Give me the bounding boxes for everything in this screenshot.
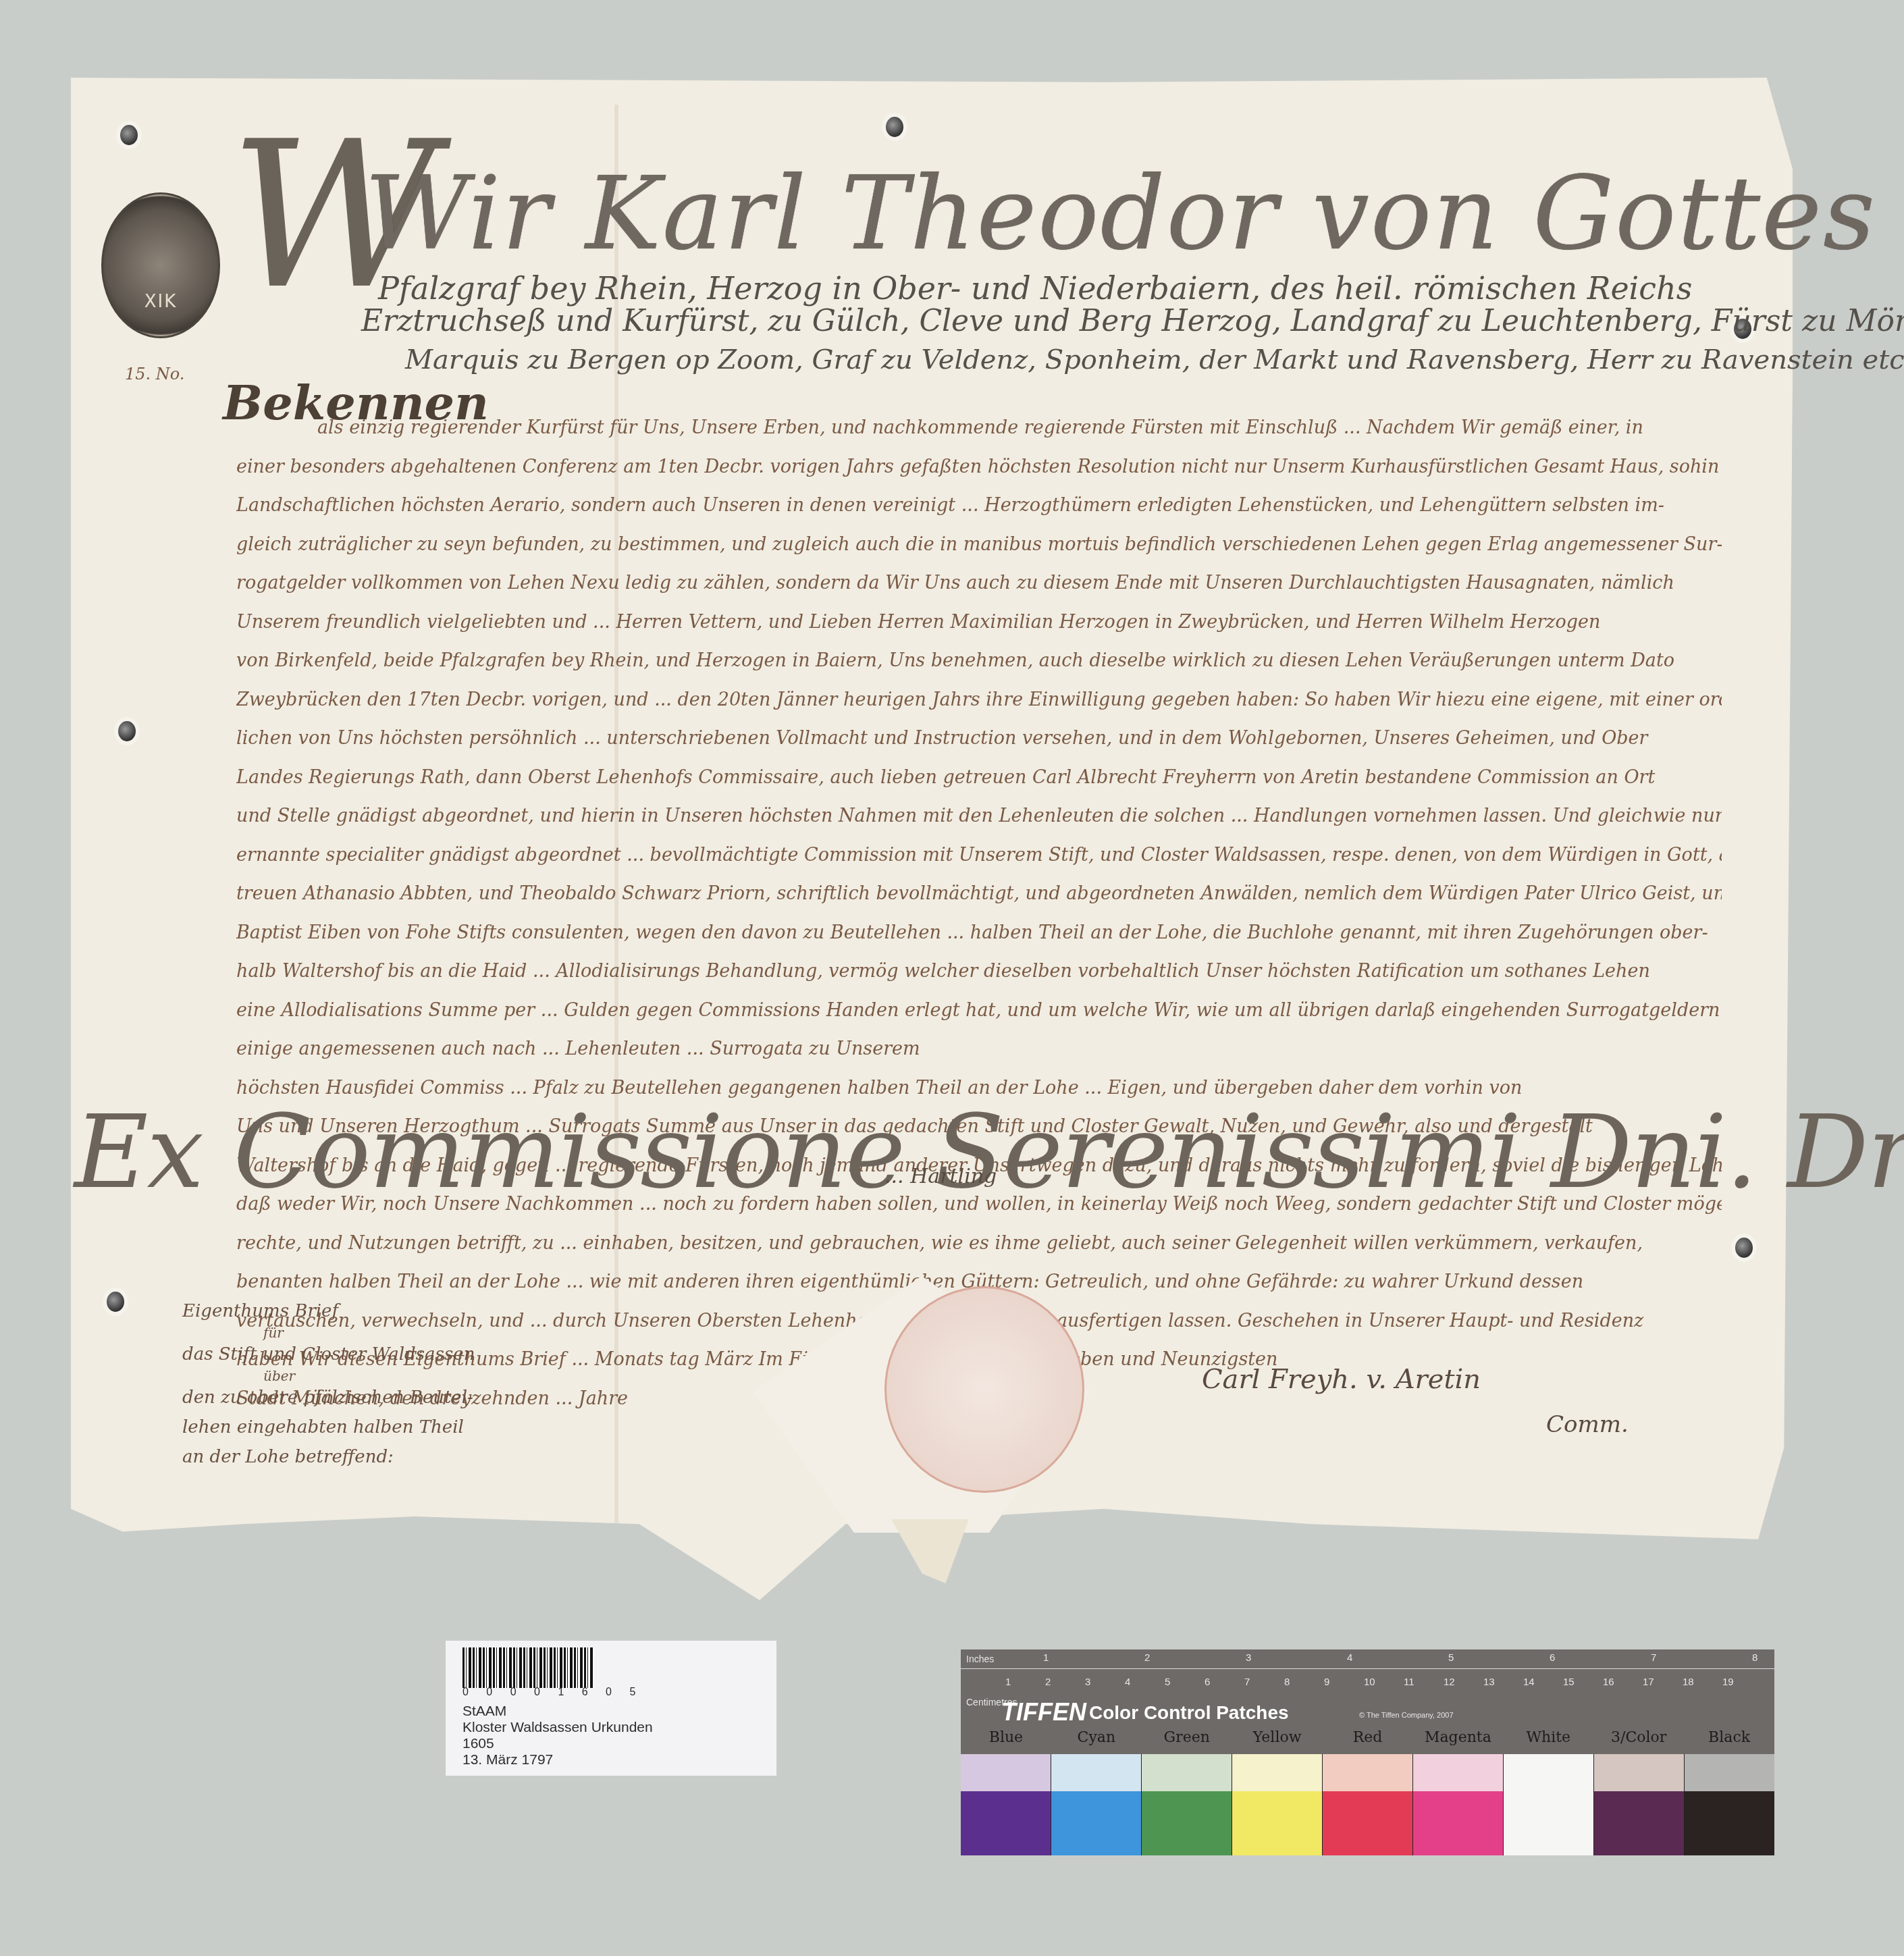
printed-seal: XIK [101, 192, 220, 338]
body-line: rogatgelder vollkommen von Lehen Nexu le… [236, 564, 1722, 603]
barcode [462, 1647, 594, 1688]
seal-monogram: XIK [103, 292, 218, 312]
inch-number: 4 [1347, 1652, 1352, 1664]
cm-number: 3 [1085, 1676, 1090, 1688]
note-line: lehen eingehabten halben Theil [182, 1412, 475, 1442]
light-patches [961, 1754, 1774, 1791]
patch-dark-green [1142, 1791, 1232, 1855]
patch-dark-3color [1594, 1791, 1685, 1855]
item-date: 13. März 1797 [462, 1752, 653, 1768]
note-line: Eigenthums Brief [182, 1296, 475, 1326]
patch-label: Magenta [1412, 1729, 1503, 1746]
inch-number: 1 [1043, 1652, 1049, 1664]
patch-label: 3/Color [1593, 1729, 1684, 1746]
body-line: treuen Athanasio Abbten, und Theobaldo S… [236, 874, 1722, 914]
commissioner-signature: Carl Freyh. v. Aretin [1202, 1364, 1481, 1395]
patch-white [1504, 1754, 1594, 1791]
margin-number: 15. No. [125, 365, 184, 384]
body-line: eine Allodialisations Summe per ... Guld… [236, 991, 1722, 1030]
patch-light-blue [961, 1754, 1051, 1791]
body-line: einige angemessenen auch nach ... Lehenl… [236, 1030, 1722, 1069]
cm-number: 17 [1643, 1676, 1654, 1688]
charter-body-text: als einzig regierender Kurfürst für Uns,… [236, 408, 1722, 1418]
commissioner-signature-sub: Comm. [1546, 1411, 1629, 1438]
item-number: 1605 [462, 1736, 653, 1752]
wax-seal [884, 1286, 1084, 1493]
body-line: Baptist Eiben von Fohe Stifts consulente… [236, 914, 1722, 953]
body-line: Landes Regierungs Rath, dann Oberst Lehe… [236, 758, 1722, 797]
inch-number: 5 [1448, 1652, 1454, 1664]
patch-dark-yellow [1232, 1791, 1323, 1855]
patch-light-black [1685, 1754, 1774, 1791]
inch-number: 3 [1246, 1652, 1251, 1664]
dorsal-note: Eigenthums Brief für das Stift und Clost… [182, 1296, 475, 1472]
cm-number: 5 [1165, 1676, 1170, 1688]
body-line: Landschaftlichen höchsten Aerario, sonde… [236, 486, 1722, 525]
body-line: Unserem freundlich vielgeliebten und ...… [236, 603, 1722, 642]
patch-label: Yellow [1232, 1729, 1323, 1746]
body-line: gleich zuträglicher zu seyn befunden, zu… [236, 525, 1722, 564]
cm-number: 7 [1244, 1676, 1250, 1688]
patch-dark-red [1323, 1791, 1413, 1855]
cm-number: 1 [1005, 1676, 1011, 1688]
mounting-hole [120, 125, 138, 145]
patch-dark-black [1685, 1791, 1774, 1855]
mounting-hole [107, 1292, 124, 1312]
barcode-number: 0 0 0 0 1 6 0 5 [462, 1687, 643, 1699]
cm-number: 6 [1205, 1676, 1210, 1688]
patch-light-magenta [1413, 1754, 1504, 1791]
dark-patches [961, 1791, 1774, 1855]
body-line: lichen von Uns höchsten persöhnlich ... … [236, 719, 1722, 758]
inches-label: Inches [966, 1654, 994, 1664]
patch-dark-magenta [1413, 1791, 1504, 1855]
title-line-1: Pfalzgraf bey Rhein, Herzog in Ober- und… [378, 270, 1692, 307]
cm-number: 10 [1364, 1676, 1375, 1688]
mounting-hole [886, 117, 903, 137]
cm-number: 13 [1483, 1676, 1495, 1688]
cm-number: 12 [1444, 1676, 1455, 1688]
body-line: als einzig regierender Kurfürst für Uns,… [236, 408, 1722, 448]
mounting-hole [118, 721, 136, 741]
seal-tag-fold [891, 1519, 969, 1583]
secretary-signature: ... Hartling [884, 1165, 997, 1188]
patch-label: Black [1684, 1729, 1774, 1746]
patch-labels: Blue Cyan Green Yellow Red Magenta White… [961, 1729, 1774, 1746]
inch-number: 7 [1651, 1652, 1656, 1664]
body-line: einer besonders abgehaltenen Conferenz a… [236, 448, 1722, 487]
tiffen-logo: TIFFEN [1001, 1698, 1086, 1726]
note-line: über [182, 1369, 475, 1383]
body-line: von Birkenfeld, beide Pfalzgrafen bey Rh… [236, 641, 1722, 681]
note-line: für [182, 1326, 475, 1340]
title-line-2: Erztruchseß und Kurfürst, zu Gülch, Clev… [361, 304, 1904, 338]
copyright: © The Tiffen Company, 2007 [1359, 1712, 1454, 1720]
patch-white-lower [1504, 1791, 1594, 1855]
ex-commissione-line: Ex Commissione Serenissimi Dni. Dni. Duc… [74, 1094, 1904, 1211]
patch-label: Cyan [1051, 1729, 1142, 1746]
patch-dark-cyan [1051, 1791, 1142, 1855]
archive-name: StAAM [462, 1703, 653, 1720]
body-line: halb Waltershof bis an die Haid ... Allo… [236, 952, 1722, 991]
body-line: rechte, und Nutzungen betrifft, zu ... e… [236, 1224, 1722, 1263]
body-line: Zweybrücken den 17ten Decbr. vorigen, un… [236, 681, 1722, 720]
patch-light-red [1323, 1754, 1413, 1791]
patch-label: Green [1142, 1729, 1232, 1746]
body-line: ernannte specialiter gnädigst abgeordnet… [236, 836, 1722, 875]
cm-number: 2 [1045, 1676, 1051, 1688]
patch-dark-blue [961, 1791, 1051, 1855]
inch-number: 6 [1550, 1652, 1555, 1664]
title-line-3: Marquis zu Bergen op Zoom, Graf zu Velde… [405, 344, 1904, 375]
product-name: Color Control Patches [1089, 1702, 1289, 1724]
patch-light-cyan [1051, 1754, 1142, 1791]
cm-number: 19 [1722, 1676, 1734, 1688]
color-control-card: Inches 1 2 3 4 5 6 7 8 1 2 3 4 5 6 7 8 9… [961, 1649, 1774, 1855]
note-line: das Stift und Closter Waldsassen [182, 1340, 475, 1369]
cm-number: 4 [1125, 1676, 1130, 1688]
document-title: Wir Karl Theodor von Gottes Gnaden, [365, 155, 1904, 273]
cm-number: 14 [1523, 1676, 1535, 1688]
patch-light-yellow [1232, 1754, 1323, 1791]
cm-number: 16 [1603, 1676, 1614, 1688]
cm-number: 18 [1683, 1676, 1694, 1688]
body-line: und Stelle gnädigst abgeordnet, und hier… [236, 797, 1722, 836]
patch-light-3color [1594, 1754, 1685, 1791]
cm-number: 9 [1324, 1676, 1329, 1688]
catalog-label: 0 0 0 0 1 6 0 5 StAAM Kloster Waldsassen… [446, 1641, 776, 1776]
cm-number: 11 [1404, 1676, 1414, 1688]
inch-number: 2 [1144, 1652, 1150, 1664]
note-line: den zu obere pfälzischen Beutel- [182, 1383, 475, 1412]
patch-label: Red [1323, 1729, 1413, 1746]
collection-name: Kloster Waldsassen Urkunden [462, 1720, 653, 1736]
patch-light-green [1142, 1754, 1232, 1791]
cm-number: 15 [1563, 1676, 1575, 1688]
crowned-initial-w: W [230, 115, 365, 378]
patch-label: White [1503, 1729, 1593, 1746]
patch-label: Blue [961, 1729, 1051, 1746]
inch-number: 8 [1752, 1652, 1757, 1664]
cm-number: 8 [1284, 1676, 1290, 1688]
note-line: an der Lohe betreffend: [182, 1442, 475, 1472]
mounting-hole [1735, 1238, 1753, 1258]
